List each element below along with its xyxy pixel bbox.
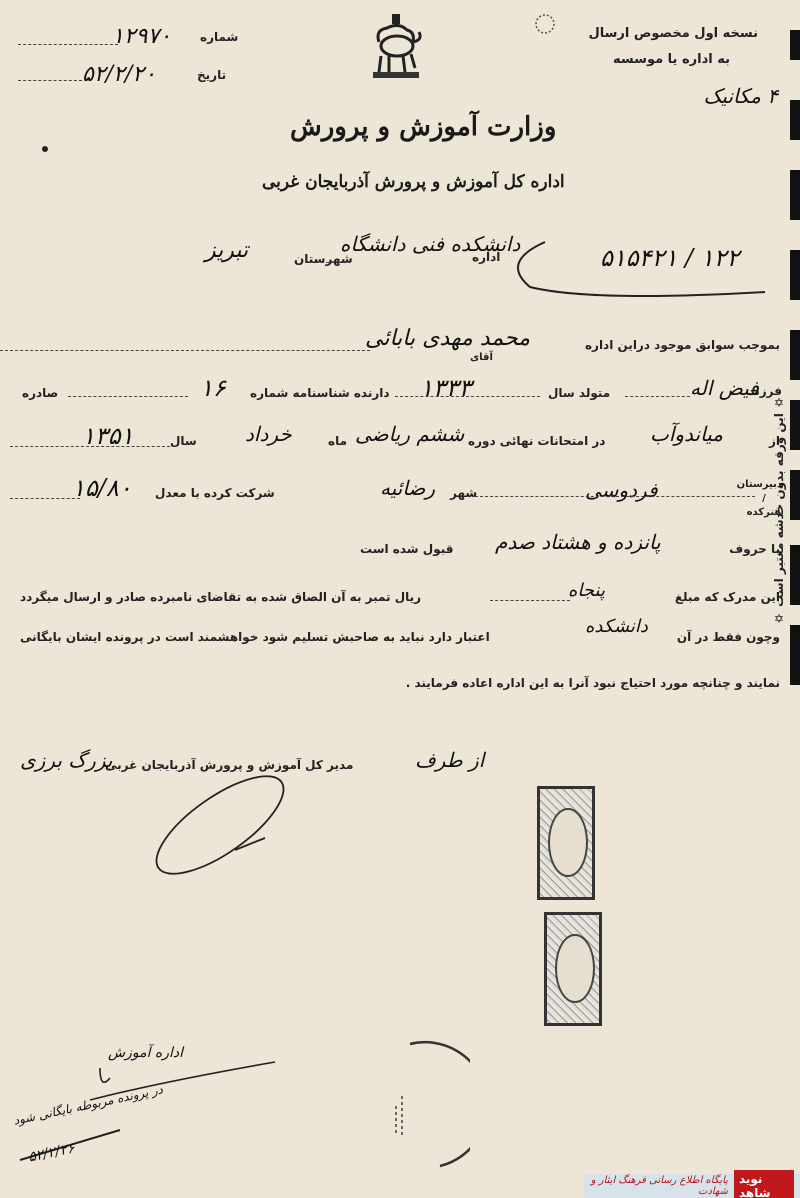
valid-at-value: دانشکده (585, 616, 648, 637)
id-label: دارنده شناسنامه شماره (250, 386, 390, 400)
city-value: تبریز (205, 238, 248, 263)
edge-mark (790, 170, 800, 220)
born-line (395, 396, 540, 397)
edge-mark (790, 470, 800, 520)
revenue-stamp-2 (544, 912, 602, 1026)
student-name: محمد مهدی بابائی (365, 326, 530, 351)
letter-date-label: تاریخ (197, 68, 226, 82)
edge-mark (790, 400, 800, 450)
copy-note-line2: به اداره یا موسسه (613, 52, 730, 67)
accepted-label: قبول شده است (360, 542, 453, 556)
copy-note-line1: نسخه اول مخصوص ارسال (588, 26, 758, 41)
punch-hole-icon (533, 12, 557, 36)
letter-number-value: ۱۲۹۷۰ (112, 24, 171, 49)
office-value: دانشکده فنی دانشگاه (340, 232, 520, 256)
letter-date-value: ۵۲/۲/۲۰ (82, 62, 156, 87)
signature-name: بزرگ برزی (20, 748, 112, 772)
ink-dot (42, 146, 48, 152)
edge-mark (790, 625, 800, 685)
city2-value: رضائیه (380, 476, 435, 500)
signature-prefix: از طرف (415, 748, 484, 772)
id-line (68, 396, 188, 397)
para3: نمایند و چنانچه مورد احتیاج نبود آنرا به… (406, 676, 780, 690)
school-value: فردوسی (585, 478, 658, 502)
para2-b: اعتبار دارد نباید به صاحبش تسلیم شود خوا… (20, 630, 490, 644)
watermark-brand-logo: نوید شاهد (734, 1170, 794, 1198)
month-label: ماه (328, 434, 347, 448)
para1-b: ریال تمبر به آن الصاق شده به تقاضای نامب… (20, 590, 421, 604)
edge-mark (790, 250, 800, 300)
born-year: ۱۳۳۳ (420, 374, 472, 402)
average-value: ۱۵/۸۰ (72, 474, 132, 502)
city-dotted-line (305, 262, 345, 263)
course-value: ششم ریاضی (355, 422, 464, 446)
stamp-amount: پنجاه (568, 580, 605, 601)
lion-and-sun-emblem-icon (365, 12, 427, 82)
para1-a: این مدرک که مبلغ (675, 590, 780, 604)
issued-label: صادره (22, 386, 58, 400)
average-label: شرکت کرده با معدل (155, 486, 275, 500)
signature-scrawl (140, 770, 310, 880)
city2-label: شهر (450, 486, 477, 500)
edge-mark (790, 30, 800, 60)
faint-seal-icon (330, 1036, 470, 1176)
body-line1-prefix: بموجب سوابق موجود دراین اداره (585, 338, 780, 352)
month-value: خرداد (245, 422, 292, 446)
year-label: سال (170, 434, 197, 448)
from-value: میاندوآب (650, 422, 723, 446)
body-line1-title: آقای (470, 352, 493, 363)
father-line (625, 396, 690, 397)
edge-mark (790, 545, 800, 605)
date-dotted-line (18, 80, 82, 81)
site-watermark: پایگاه اطلاع رسانی فرهنگ ایثار و شهادت ن… (584, 1174, 800, 1198)
amount-line (490, 600, 570, 601)
ministry-title: وزارت آموزش و پرورش (290, 112, 556, 142)
name-line (0, 350, 370, 351)
handwritten-corner-note: ۴ مکانیک (704, 84, 778, 108)
revenue-stamp-1 (537, 786, 595, 900)
edge-mark (790, 330, 800, 380)
edge-mark (790, 100, 800, 140)
father-name: فیض اله (690, 376, 759, 400)
letter-number-label: شماره (200, 30, 238, 44)
year-line (10, 446, 170, 447)
born-label: متولد سال (548, 386, 610, 400)
document-page: شماره ۱۲۹۷۰ تاریخ ۵۲/۲/۲۰ نسخه اول مخصوص… (0, 0, 800, 1198)
directorate-title: اداره کل آموزش و پرورش آذربایجان غربی (262, 172, 565, 192)
exam-label: در امتحانات نهائی دوره (468, 434, 605, 448)
file-number: ۵۱۵۴۲۱ / ۱۲۲ (600, 244, 739, 272)
watermark-caption: پایگاه اطلاع رسانی فرهنگ ایثار و شهادت (584, 1175, 728, 1197)
school-line (475, 496, 755, 497)
para2-a: وچون فقط در آن (677, 630, 780, 644)
id-number: ۱۶ (200, 374, 226, 402)
city-label: شهرستان (294, 252, 353, 266)
number-dotted-line (18, 44, 118, 45)
average-in-letters: پانزده و هشتاد صدم (495, 530, 661, 554)
average-line (10, 498, 80, 499)
validity-side-note: ✡ این ورقه بدون خدشه معتبر است ✡ (772, 395, 786, 625)
